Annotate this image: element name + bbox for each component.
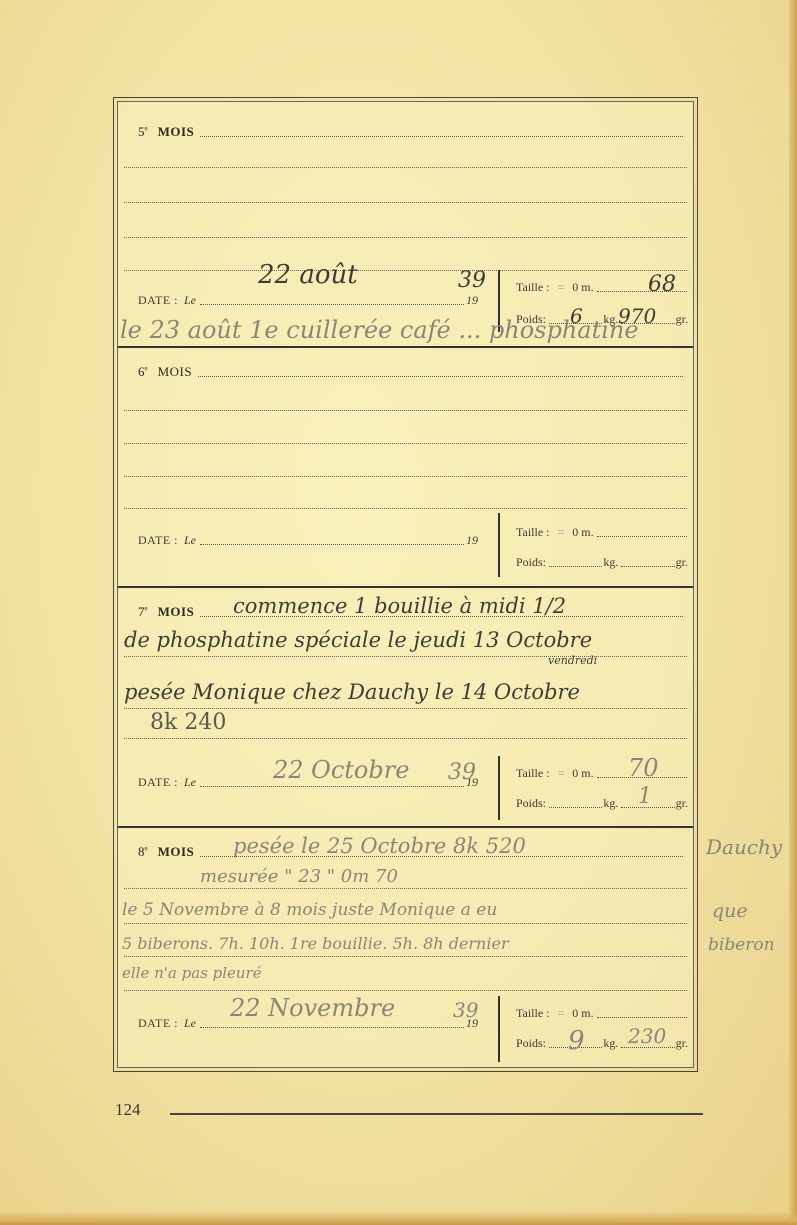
zero-m-label: 0 m. [572, 525, 593, 540]
month-title: 5e MOIS [138, 120, 683, 140]
equals-sign: = [557, 525, 564, 540]
dotted-line [124, 956, 687, 957]
gr-label: gr. [676, 555, 688, 570]
kg-label: kg. [603, 1036, 618, 1051]
margin-note: Dauchy [706, 835, 782, 859]
handwritten-note-line: elle n'a pas pleuré [122, 964, 262, 982]
record-frame-inner: 5e MOIS DATE : Le 19 22 août 39 Taille :… [117, 101, 694, 1068]
date-fill [200, 785, 464, 787]
equals-sign: = [557, 766, 564, 781]
handwritten-year: 39 [453, 998, 478, 1022]
dotted-line [124, 443, 687, 444]
taille-fill [597, 535, 687, 537]
date-label: DATE : [138, 1016, 178, 1031]
gr-fill [621, 565, 674, 567]
divider-bar [498, 756, 500, 820]
dotted-line [124, 990, 687, 991]
handwritten-date: 22 Octobre [273, 756, 409, 784]
handwritten-overflow-note: le 23 août 1e cuillerée café ... phospha… [120, 316, 639, 344]
handwritten-gr: 1 [638, 784, 652, 809]
handwritten-kg: 9 [568, 1026, 585, 1056]
handwritten-date: 22 Novembre [230, 994, 395, 1022]
poids-label: Poids: [516, 1036, 546, 1051]
poids-row: Poids: kg. gr. [516, 555, 688, 570]
date-le: Le [184, 293, 196, 308]
dotted-line [124, 656, 687, 657]
kg-label: kg. [603, 796, 618, 811]
dotted-line [124, 167, 687, 168]
month-label: MOIS [158, 604, 195, 620]
handwritten-note-line: pesée Monique chez Dauchy le 14 Octobre [124, 680, 580, 704]
handwritten-note-line: le 5 Novembre à 8 mois juste Monique a e… [122, 900, 497, 920]
dotted-line [200, 135, 683, 137]
taille-label: Taille : [516, 525, 549, 540]
dotted-line [198, 375, 683, 377]
handwritten-note-line: mesurée " 23 " 0m 70 [200, 866, 398, 887]
dotted-line [124, 476, 687, 477]
margin-note: biberon [708, 935, 775, 955]
poids-label: Poids: [516, 796, 546, 811]
date-row: DATE : Le 19 [138, 293, 478, 308]
page-number: 124 [115, 1100, 141, 1120]
year-prefix: 19 [466, 293, 478, 308]
handwritten-note-line: commence 1 bouillie à midi 1/2 [233, 594, 566, 618]
handwritten-date: 22 août [258, 260, 358, 290]
month-title: 6e MOIS [138, 360, 683, 380]
section-month-8: 8e MOIS pesée le 25 Octobre 8k 520 mesur… [118, 828, 693, 1069]
gr-label: gr. [676, 1036, 688, 1051]
date-label: DATE : [138, 293, 178, 308]
poids-label: Poids: [516, 555, 546, 570]
poids-row: Poids: kg. gr. [516, 796, 688, 811]
taille-label: Taille : [516, 766, 549, 781]
date-le: Le [184, 533, 196, 548]
date-fill [200, 303, 464, 305]
divider-bar [498, 513, 500, 577]
taille-fill [597, 1016, 687, 1018]
taille-row: Taille : = 0 m. [516, 1006, 688, 1021]
month-label: MOIS [158, 844, 195, 860]
date-label: DATE : [138, 775, 178, 790]
dotted-line [124, 738, 687, 739]
kg-fill [549, 806, 602, 808]
handwritten-taille: 70 [628, 754, 659, 782]
divider-bar [498, 996, 500, 1062]
taille-label: Taille : [516, 280, 549, 295]
date-le: Le [184, 1016, 196, 1031]
taille-row: Taille : = 0 m. [516, 525, 688, 540]
date-label: DATE : [138, 533, 178, 548]
handwritten-year: 39 [448, 760, 476, 785]
dotted-line [124, 202, 687, 203]
dotted-line [124, 410, 687, 411]
gr-label: gr. [676, 312, 688, 327]
handwritten-year: 39 [458, 268, 486, 293]
month-ordinal: 5e [138, 124, 148, 140]
zero-m-label: 0 m. [572, 280, 593, 295]
handwritten-note-line: de phosphatine spéciale le jeudi 13 Octo… [124, 628, 592, 652]
section-month-5: 5e MOIS DATE : Le 19 22 août 39 Taille :… [118, 102, 693, 346]
zero-m-label: 0 m. [572, 766, 593, 781]
dotted-line [124, 508, 687, 509]
month-ordinal: 7e [138, 604, 148, 620]
dotted-line [124, 888, 687, 889]
taille-label: Taille : [516, 1006, 549, 1021]
date-fill [200, 1026, 464, 1028]
dotted-line [124, 270, 687, 271]
zero-m-label: 0 m. [572, 1006, 593, 1021]
section-month-6: 6e MOIS DATE : Le 19 Taille : = 0 m. [118, 348, 693, 586]
handwritten-note-line: pesée le 25 Octobre 8k 520 [233, 834, 526, 858]
handwritten-gr: 230 [628, 1024, 666, 1048]
handwritten-taille: 68 [648, 272, 676, 297]
dotted-line [124, 923, 687, 924]
month-ordinal: 8e [138, 844, 148, 860]
kg-fill [549, 565, 602, 567]
handwritten-correction: vendredi [548, 654, 597, 667]
record-frame: 5e MOIS DATE : Le 19 22 août 39 Taille :… [113, 97, 698, 1072]
dotted-line [124, 237, 687, 238]
gr-label: gr. [676, 796, 688, 811]
handwritten-weight-note: 8k 240 [150, 710, 226, 735]
kg-label: kg. [603, 555, 618, 570]
date-le: Le [184, 775, 196, 790]
section-month-7: 7e MOIS commence 1 bouillie à midi 1/2 d… [118, 588, 693, 826]
taille-row: Taille : = 0 m. [516, 766, 688, 781]
page-edge-bottom [0, 1211, 797, 1225]
equals-sign: = [557, 280, 564, 295]
month-label: MOIS [158, 124, 195, 140]
dotted-line [124, 708, 687, 709]
equals-sign: = [557, 1006, 564, 1021]
date-row: DATE : Le 19 [138, 533, 478, 548]
margin-note: que [712, 900, 748, 922]
handwritten-note-line: 5 biberons. 7h. 10h. 1re bouillie. 5h. 8… [122, 934, 509, 953]
month-ordinal: 6e [138, 364, 148, 380]
year-prefix: 19 [466, 533, 478, 548]
page-edge [789, 0, 797, 1225]
month-label: MOIS [158, 364, 193, 380]
date-fill [200, 543, 464, 545]
footer-rule [170, 1113, 703, 1115]
